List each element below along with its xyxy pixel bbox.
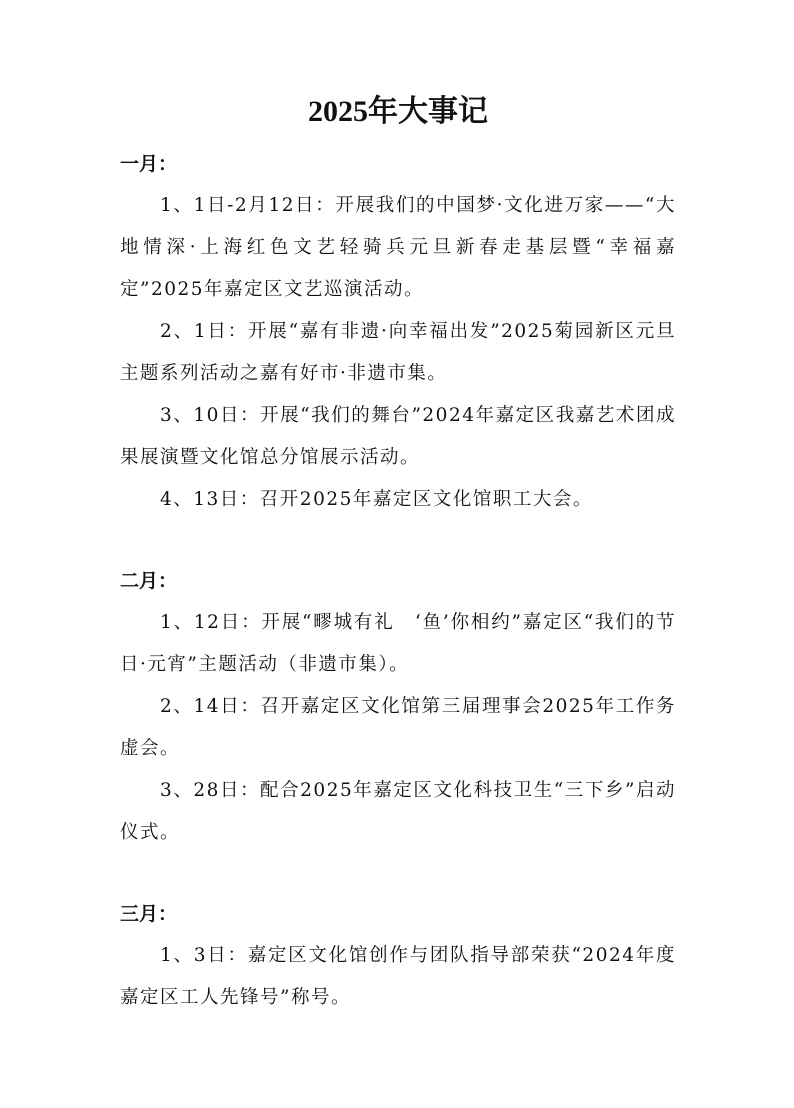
event-item: 3、10日：开展“我们的舞台”2024年嘉定区我嘉艺术团成果展演暨文化馆总分馆展… [120,395,676,479]
event-item: 1、1日-2月12日：开展我们的中国梦·文化进万家——“大地情深·上海红色文艺轻… [120,185,676,311]
month-section-february: 二月： 1、12日：开展“疁城有礼 ‘鱼’你相约”嘉定区“我们的节日·元宵”主题… [120,560,676,854]
month-heading: 二月： [120,560,676,602]
month-heading: 一月： [120,143,676,185]
month-heading: 三月： [120,893,676,935]
month-section-march: 三月： 1、3日：嘉定区文化馆创作与团队指导部荣获“2024年度嘉定区工人先锋号… [120,893,676,1019]
event-item: 2、1日：开展“嘉有非遗·向幸福出发”2025菊园新区元旦主题系列活动之嘉有好市… [120,311,676,395]
event-item: 2、14日：召开嘉定区文化馆第三届理事会2025年工作务虚会。 [120,686,676,770]
event-item: 3、28日：配合2025年嘉定区文化科技卫生“三下乡”启动仪式。 [120,770,676,854]
month-section-january: 一月： 1、1日-2月12日：开展我们的中国梦·文化进万家——“大地情深·上海红… [120,143,676,521]
event-item: 1、3日：嘉定区文化馆创作与团队指导部荣获“2024年度嘉定区工人先锋号”称号。 [120,935,676,1019]
document-title: 2025年大事记 [120,92,676,132]
event-item: 1、12日：开展“疁城有礼 ‘鱼’你相约”嘉定区“我们的节日·元宵”主题活动（非… [120,602,676,686]
event-item: 4、13日：召开2025年嘉定区文化馆职工大会。 [120,479,676,521]
